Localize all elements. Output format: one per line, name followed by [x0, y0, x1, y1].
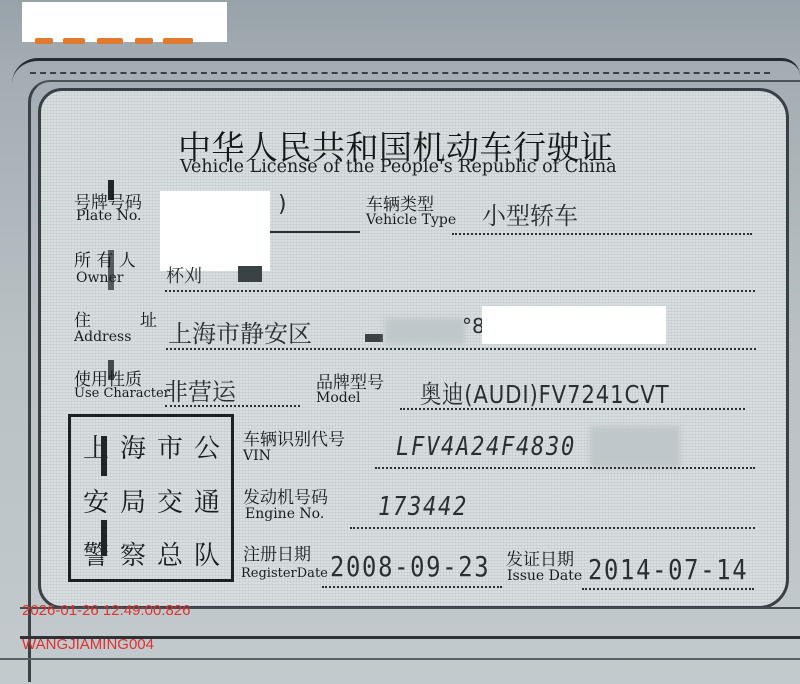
- owner-underline: [165, 290, 755, 292]
- vehicle-type-value: 小型轿车: [482, 196, 578, 231]
- sleeve-bottom-line: [0, 658, 800, 660]
- issue-date-value: 2014-07-14: [588, 553, 748, 586]
- register-date-label-en: RegisterDate: [241, 566, 328, 581]
- orange-header-fragments: [35, 38, 195, 46]
- watermark-user: WANGJIAMING004: [22, 636, 154, 653]
- address-label-cn-1: 住: [74, 306, 91, 331]
- plate-label-en: Plate No.: [76, 208, 142, 224]
- stamp-char: 察: [115, 535, 151, 572]
- stamp-char: 安: [78, 482, 114, 519]
- vehicle-type-label-en: Vehicle Type: [366, 212, 456, 228]
- engine-underline: [350, 527, 755, 529]
- register-date-underline: [322, 586, 502, 588]
- owner-value: 杯刈: [166, 262, 202, 288]
- model-label-en: Model: [316, 390, 361, 406]
- engine-label-cn: 发动机号码: [243, 483, 328, 508]
- register-date-label-cn: 注册日期: [243, 540, 311, 565]
- stamp-char: 警: [78, 535, 114, 572]
- stamp-char: 局: [115, 482, 151, 519]
- address-redaction-mark: [365, 334, 383, 342]
- vin-blur: [590, 426, 680, 468]
- vin-label-en: VIN: [243, 448, 271, 464]
- address-blur: [385, 318, 465, 344]
- engine-label-en: Engine No.: [245, 506, 324, 522]
- vin-value: LFV4A24F4830: [396, 432, 576, 462]
- stamp-char: 队: [189, 535, 225, 572]
- fold-shadow: [101, 436, 107, 476]
- use-character-underline: [165, 405, 300, 407]
- issue-date-label-cn: 发证日期: [506, 545, 574, 570]
- address-value: 上海市静安区: [168, 314, 312, 349]
- plate-redaction: [160, 191, 270, 271]
- stamp-char: 上: [78, 428, 114, 465]
- stamp-char: 交: [152, 482, 188, 519]
- model-underline: [400, 408, 745, 410]
- address-label-en: Address: [74, 329, 131, 345]
- document-title-en: Vehicle License of the People's Republic…: [180, 157, 617, 177]
- register-date-value: 2008-09-23: [330, 550, 490, 583]
- engine-value: 173442: [378, 492, 468, 522]
- owner-redaction-mark: [238, 266, 262, 282]
- vin-label-cn: 车辆识别代号: [243, 425, 345, 450]
- fold-shadow: [101, 520, 107, 556]
- stamp-char: 总: [152, 535, 188, 572]
- address-underline: [166, 348, 756, 350]
- plate-value: ): [278, 192, 287, 217]
- owner-label-en: Owner: [76, 270, 123, 286]
- model-value: 奥迪(AUDI)FV7241CVT: [420, 375, 669, 411]
- owner-label-cn: 所 有 人: [74, 246, 136, 271]
- plate-underline: [270, 231, 360, 233]
- redaction-box-top: [22, 2, 227, 42]
- stamp-char: 海: [115, 428, 151, 465]
- use-character-value: 非营运: [164, 372, 236, 407]
- vin-underline: [375, 467, 755, 469]
- stamp-char: 通: [189, 482, 225, 519]
- vehicle-type-underline: [452, 233, 752, 235]
- use-character-label-en: Use Character: [74, 386, 170, 401]
- address-label-cn-2: 址: [140, 306, 157, 331]
- watermark-timestamp: 2026-01-26 12:49:00.826: [22, 602, 190, 619]
- stamp-char: 市: [152, 428, 188, 465]
- issue-date-underline: [582, 588, 754, 590]
- stamp-char: 公: [189, 428, 225, 465]
- issue-date-label-en: Issue Date: [507, 568, 582, 584]
- sleeve-stitching: [30, 72, 770, 74]
- address-redaction: [482, 306, 666, 344]
